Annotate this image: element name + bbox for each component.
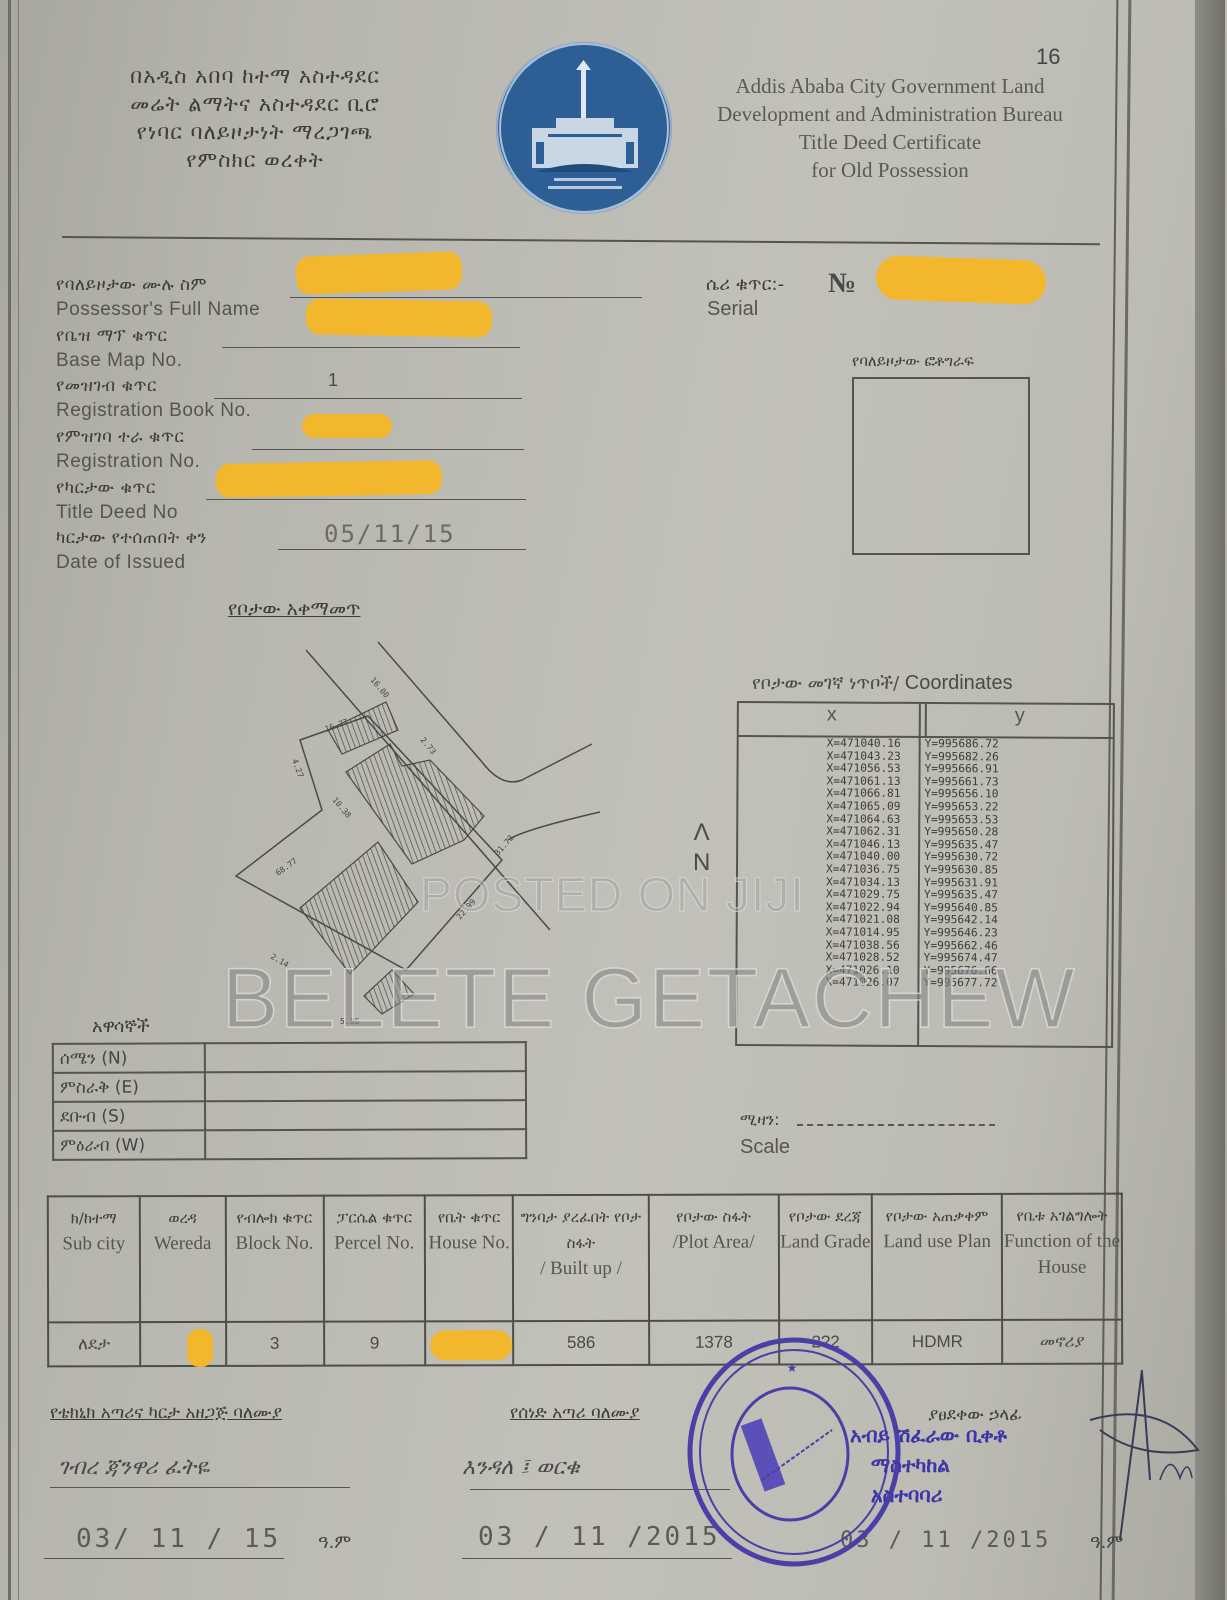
coordinates-title-en: Coordinates bbox=[905, 672, 1013, 694]
field-underline bbox=[206, 499, 526, 500]
cell-value: 3 bbox=[270, 1334, 280, 1353]
cell-value: 586 bbox=[567, 1333, 595, 1352]
redaction-mark bbox=[295, 251, 462, 295]
document-expert-label: የሰነድ አጣሪ ባለሙያ bbox=[510, 1403, 640, 1423]
table-cell: መኖሪያ bbox=[1002, 1320, 1122, 1364]
stamp-ink-text: አብይ ሽፈራው ቢቀቶ ማስተካከል አስተባባሪ bbox=[850, 1420, 1007, 1510]
scale-label-en: Scale bbox=[740, 1136, 790, 1159]
column-header: ወረዳWereda bbox=[140, 1196, 226, 1322]
coordinate-y: Y=995686.72 bbox=[919, 738, 999, 751]
column-header-am: ፓርሴል ቁጥር bbox=[324, 1204, 424, 1230]
column-header: የቦታው አጠቃቀምLand use Plan bbox=[872, 1194, 1002, 1320]
column-x-header: x bbox=[739, 703, 927, 736]
city-emblem-logo bbox=[496, 42, 672, 214]
redaction-mark bbox=[187, 1329, 213, 1367]
location-title: የቦታው አቀማመጥ bbox=[228, 598, 361, 620]
scale-line bbox=[797, 1124, 995, 1126]
technical-expert-date: 03/ 11 / 15 bbox=[76, 1524, 281, 1554]
coordinates-header: x y bbox=[739, 703, 1113, 739]
coordinates-title-am: የቦታው መገኛ ነጥቦች/ bbox=[752, 673, 899, 694]
date-issued-field: ካርታው የተሰጠበት ቀን Date of Issued bbox=[56, 528, 207, 577]
watermark-owner: BELETE GETACHEW bbox=[222, 950, 1077, 1047]
table-cell: 586 bbox=[513, 1321, 649, 1365]
column-header-en: Land Grade bbox=[780, 1231, 870, 1252]
page-border bbox=[8, 0, 11, 1600]
svg-text:31.72: 31.72 bbox=[493, 833, 516, 857]
field-label-am: የመዝገብ ቁጥር bbox=[56, 376, 251, 400]
adjacent-north-label: ሰሜን (N) bbox=[53, 1043, 205, 1073]
field-underline bbox=[214, 398, 522, 399]
date-issued-value: 05/11/15 bbox=[324, 520, 456, 548]
column-header-am: የቦታው አጠቃቀም bbox=[873, 1203, 1001, 1229]
cell-value: 9 bbox=[370, 1334, 380, 1353]
coordinate-x: X=471014.95 bbox=[738, 926, 918, 940]
date-line bbox=[44, 1558, 284, 1559]
field-label-en: Possessor's Full Name bbox=[56, 299, 260, 324]
column-header-en: Percel No. bbox=[334, 1232, 414, 1253]
column-header: የቤቱ አገልግሎትFunction of the House bbox=[1002, 1194, 1122, 1320]
column-header-am: የቦታው ስፋት bbox=[650, 1203, 778, 1229]
page-border bbox=[18, 0, 19, 1600]
serial-label-en: Serial bbox=[707, 298, 758, 321]
column-header-am: የቤቱ አገልግሎት bbox=[1003, 1203, 1121, 1229]
table-row: ምዕራብ (W) bbox=[53, 1129, 526, 1160]
serial-number-sign: № bbox=[828, 268, 856, 300]
cell-value: HDMR bbox=[912, 1332, 963, 1351]
amharic-title: በአዲስ አበባ ከተማ አስተዳደር መሬት ልማትና አስተዳደር ቢሮ የ… bbox=[60, 62, 450, 174]
watermark-posted: POSTED ON JIJI bbox=[420, 868, 805, 923]
column-header: የብሎክ ቁጥርBlock No. bbox=[225, 1196, 323, 1322]
cell-value: ለደታ bbox=[78, 1334, 110, 1353]
signature-line bbox=[50, 1487, 350, 1488]
registration-book-value: 1 bbox=[328, 370, 338, 391]
english-title: Addis Ababa City Government Land Develop… bbox=[680, 72, 1100, 184]
building-icon bbox=[496, 42, 672, 214]
column-header-am: የቤት ቁጥር bbox=[426, 1204, 512, 1230]
redaction-mark bbox=[875, 255, 1046, 305]
table-cell: 3 bbox=[226, 1322, 324, 1366]
date-suffix: ዓ.ም bbox=[318, 1532, 351, 1553]
redaction-mark bbox=[302, 414, 392, 438]
column-header: የቦታው ደረጃLand Grade bbox=[778, 1194, 872, 1320]
document-expert-signature: እንዳለ ፤ ወርቁ bbox=[462, 1455, 580, 1480]
field-label-en: Base Map No. bbox=[56, 350, 182, 375]
column-header: የቤት ቁጥርHouse No. bbox=[425, 1195, 513, 1321]
english-title-line: Development and Administration Bureau bbox=[680, 100, 1100, 128]
column-header-en: / Built up / bbox=[540, 1258, 622, 1279]
svg-text:★: ★ bbox=[787, 1361, 798, 1375]
column-header-en: /Plot Area/ bbox=[673, 1232, 755, 1253]
field-label-am: ካርታው የተሰጠበት ቀን bbox=[56, 528, 207, 552]
column-header-en: Block No. bbox=[235, 1233, 313, 1254]
svg-text:10.38: 10.38 bbox=[330, 796, 352, 820]
field-label-en: Date of Issued bbox=[56, 552, 207, 577]
column-header-am: ወረዳ bbox=[141, 1205, 225, 1231]
table-row: ደቡብ (S) bbox=[53, 1100, 526, 1131]
field-underline bbox=[222, 347, 520, 348]
table-header-row: ክ/ከተማSub cityወረዳWeredaየብሎክ ቁጥርBlock No.ፓ… bbox=[48, 1194, 1122, 1323]
table-cell bbox=[140, 1322, 226, 1366]
adjacent-west-value bbox=[205, 1129, 526, 1159]
redaction-mark bbox=[216, 460, 443, 498]
column-header-am: ክ/ከተማ bbox=[49, 1205, 139, 1231]
column-header: ክ/ከተማSub city bbox=[48, 1196, 140, 1322]
amharic-title-line: የምስክር ወረቀት bbox=[60, 146, 450, 174]
field-label-en: Title Deed No bbox=[56, 502, 178, 527]
coordinate-y: Y=995646.23 bbox=[918, 927, 998, 940]
registration-book-field: የመዝገብ ቁጥር Registration Book No. bbox=[56, 376, 251, 425]
table-row: ምስራቅ (E) bbox=[53, 1071, 526, 1102]
adjacent-east-label: ምስራቅ (E) bbox=[53, 1072, 205, 1102]
serial-label-am: ሴሪ ቁጥር:- bbox=[706, 274, 784, 295]
adjacent-west-label: ምዕራብ (W) bbox=[53, 1130, 205, 1160]
adjacent-south-value bbox=[205, 1100, 526, 1130]
redaction-mark bbox=[430, 1330, 512, 1360]
adjacent-south-label: ደቡብ (S) bbox=[53, 1101, 205, 1131]
english-title-line: for Old Possession bbox=[680, 156, 1100, 184]
adjacent-table: ሰሜን (N) ምስራቅ (E) ደቡብ (S) ምዕራብ (W) bbox=[52, 1041, 527, 1161]
column-header-am: የብሎክ ቁጥር bbox=[226, 1205, 322, 1231]
field-label-am: የቤዝ ማፕ ቁጥር bbox=[56, 326, 182, 350]
field-label-am: የባለይዞታው ሙሉ ስም bbox=[56, 275, 260, 299]
scale-label-am: ሚዛን: bbox=[740, 1110, 780, 1130]
certificate-sheet: በአዲስ አበባ ከተማ አስተዳደር መሬት ልማትና አስተዳደር ቢሮ የ… bbox=[0, 0, 1227, 1600]
possessor-name-field: የባለይዞታው ሙሉ ስም Possessor's Full Name bbox=[56, 275, 260, 324]
svg-text:68.77: 68.77 bbox=[274, 856, 299, 877]
table-cell: ለደታ bbox=[48, 1322, 140, 1366]
redaction-mark bbox=[306, 298, 493, 337]
table-cell: 9 bbox=[324, 1321, 426, 1365]
amharic-title-line: በአዲስ አበባ ከተማ አስተዳደር bbox=[60, 62, 450, 90]
column-header-am: ግንባታ ያረፈበት የቦታ ስፋት bbox=[514, 1204, 648, 1256]
photo-box bbox=[852, 377, 1030, 555]
page-number: 16 bbox=[1036, 44, 1060, 70]
column-y-header: y bbox=[927, 704, 1113, 737]
photo-label: የባለይዞታው ፎቶግራፍ bbox=[852, 352, 974, 370]
table-cell bbox=[425, 1321, 513, 1365]
field-label-en: Registration Book No. bbox=[56, 400, 251, 425]
english-title-line: Addis Ababa City Government Land bbox=[680, 72, 1100, 100]
base-map-field: የቤዝ ማፕ ቁጥር Base Map No. bbox=[56, 326, 182, 375]
field-label-am: የካርታው ቁጥር bbox=[56, 478, 178, 502]
coordinate-x: X=471065.09 bbox=[738, 800, 918, 814]
adjacent-east-value bbox=[205, 1071, 526, 1101]
coordinates-title: የቦታው መገኛ ነጥቦች/ Coordinates bbox=[752, 672, 1013, 695]
north-arrow-icon: Λ bbox=[693, 818, 710, 848]
field-label-am: የምዝገባ ተራ ቁጥር bbox=[56, 427, 200, 451]
column-header: የቦታው ስፋት/Plot Area/ bbox=[649, 1194, 779, 1320]
table-row: ለደታ3958613782?2HDMRመኖሪያ bbox=[48, 1320, 1122, 1367]
coordinate-y: Y=995653.22 bbox=[918, 801, 998, 814]
column-header-en: Sub city bbox=[62, 1233, 125, 1254]
field-label-en: Registration No. bbox=[56, 451, 200, 476]
svg-text:2.73: 2.73 bbox=[418, 736, 437, 757]
adjacent-title: አዋሳኞች bbox=[92, 1016, 150, 1037]
svg-text:4.27: 4.27 bbox=[290, 758, 305, 779]
column-header: ግንባታ ያረፈበት የቦታ ስፋት/ Built up / bbox=[513, 1195, 649, 1321]
column-header-en: Land use Plan bbox=[883, 1231, 991, 1252]
cell-value: መኖሪያ bbox=[1040, 1332, 1085, 1351]
column-header: ፓርሴል ቁጥርPercel No. bbox=[323, 1195, 425, 1321]
english-title-line: Title Deed Certificate bbox=[680, 128, 1100, 156]
approver-signature bbox=[1080, 1360, 1200, 1560]
column-header-am: የቦታው ደረጃ bbox=[779, 1203, 871, 1229]
technical-expert-signature: ገብረ ጃንዋሪ ፈትዬ bbox=[58, 1455, 209, 1480]
header-divider bbox=[62, 236, 1100, 245]
column-header-en: House No. bbox=[428, 1232, 509, 1253]
column-header-en: Function of the House bbox=[1004, 1231, 1120, 1278]
technical-expert-label: የቴክኒክ አጣሪና ካርታ አዘጋጅ ባለሙያ bbox=[50, 1403, 282, 1423]
amharic-title-line: መሬት ልማትና አስተዳደር ቢሮ bbox=[60, 90, 450, 118]
registration-no-field: የምዝገባ ተራ ቁጥር Registration No. bbox=[56, 427, 200, 476]
field-underline bbox=[290, 297, 642, 298]
coordinate-y: Y=995630.85 bbox=[918, 864, 998, 877]
column-header-en: Wereda bbox=[154, 1233, 212, 1254]
title-deed-no-field: የካርታው ቁጥር Title Deed No bbox=[56, 478, 178, 527]
field-underline bbox=[278, 549, 526, 550]
amharic-title-line: የነባር ባለይዞታነት ማረጋገጫ bbox=[60, 118, 450, 146]
plot-details-table: ክ/ከተማSub cityወረዳWeredaየብሎክ ቁጥርBlock No.ፓ… bbox=[47, 1193, 1123, 1368]
field-underline bbox=[252, 449, 524, 450]
svg-text:16.00: 16.00 bbox=[368, 676, 390, 700]
